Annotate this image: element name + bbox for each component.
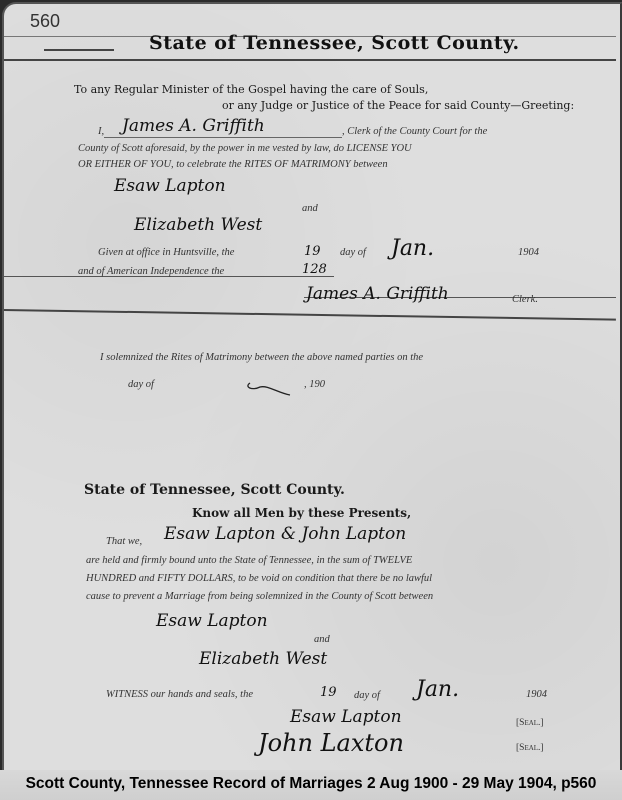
bond-title: State of Tennessee, Scott County. bbox=[84, 482, 345, 498]
bond-groom-name: Esaw Lapton bbox=[156, 611, 268, 631]
license-body-line-1: , Clerk of the County Court for the bbox=[342, 126, 487, 137]
that-we-label: That we, bbox=[106, 536, 142, 547]
given-day: 19 bbox=[304, 244, 321, 259]
license-title: State of Tennessee, Scott County. bbox=[149, 32, 520, 54]
signature-bondsman: John Laxton bbox=[258, 729, 404, 757]
bond-line-2: HUNDRED and FIFTY DOLLARS, to be void on… bbox=[86, 573, 432, 584]
bride-name: Elizabeth West bbox=[134, 215, 262, 235]
bond-subtitle: Know all Men by these Presents, bbox=[192, 506, 411, 520]
greeting-line-2: or any Judge or Justice of the Peace for… bbox=[222, 99, 574, 112]
given-month: Jan. bbox=[391, 236, 434, 261]
given-at-office: Given at office in Huntsville, the bbox=[98, 247, 234, 258]
clerk-label: Clerk. bbox=[512, 294, 538, 305]
seal-label-2: [Seal.] bbox=[516, 743, 544, 753]
bond-line-3: cause to prevent a Marriage from being s… bbox=[86, 591, 433, 602]
witness-month: Jan. bbox=[416, 677, 459, 702]
license-body-line-2: County of Scott aforesaid, by the power … bbox=[78, 143, 412, 154]
pen-flourish-icon bbox=[244, 377, 294, 399]
bond-bride-name: Elizabeth West bbox=[199, 649, 327, 669]
witness-day-of: day of bbox=[354, 690, 380, 701]
groom-name: Esaw Lapton bbox=[114, 176, 226, 196]
independence-label: and of American Independence the bbox=[78, 266, 224, 277]
greeting-line-1: To any Regular Minister of the Gospel ha… bbox=[74, 83, 428, 96]
witness-day: 19 bbox=[320, 685, 337, 700]
witness-label: WITNESS our hands and seals, the bbox=[106, 689, 253, 700]
clerk-signature: James A. Griffith bbox=[306, 284, 449, 304]
divider bbox=[4, 59, 616, 61]
bond-obligors: Esaw Lapton & John Lapton bbox=[164, 524, 406, 544]
bond-and-label: and bbox=[314, 634, 330, 645]
divider bbox=[4, 309, 616, 321]
and-label: and bbox=[302, 203, 318, 214]
bond-line-1: are held and firmly bound unto the State… bbox=[86, 555, 412, 566]
image-caption: Scott County, Tennessee Record of Marria… bbox=[0, 770, 622, 800]
witness-year: 1904 bbox=[526, 689, 547, 700]
license-body-line-3: OR EITHER OF YOU, to celebrate the RITES… bbox=[78, 159, 388, 170]
solemnization-text: I solemnized the Rites of Matrimony betw… bbox=[100, 352, 423, 363]
page-number: 560 bbox=[30, 11, 60, 32]
divider bbox=[44, 49, 114, 51]
document-page: 560 State of Tennessee, Scott County. To… bbox=[2, 2, 622, 800]
clerk-prefix: I, bbox=[98, 126, 104, 137]
seal-label-1: [Seal.] bbox=[516, 718, 544, 728]
solemnization-year: , 190 bbox=[304, 379, 325, 390]
given-day-of: day of bbox=[340, 247, 366, 258]
solemnization-day-of: day of bbox=[128, 379, 154, 390]
signature-groom: Esaw Lapton bbox=[290, 707, 402, 727]
independence-year: 128 bbox=[302, 262, 327, 277]
given-year: 1904 bbox=[518, 247, 539, 258]
clerk-name-handwritten: James A. Griffith bbox=[122, 116, 265, 136]
clerk-name-line bbox=[104, 137, 342, 138]
